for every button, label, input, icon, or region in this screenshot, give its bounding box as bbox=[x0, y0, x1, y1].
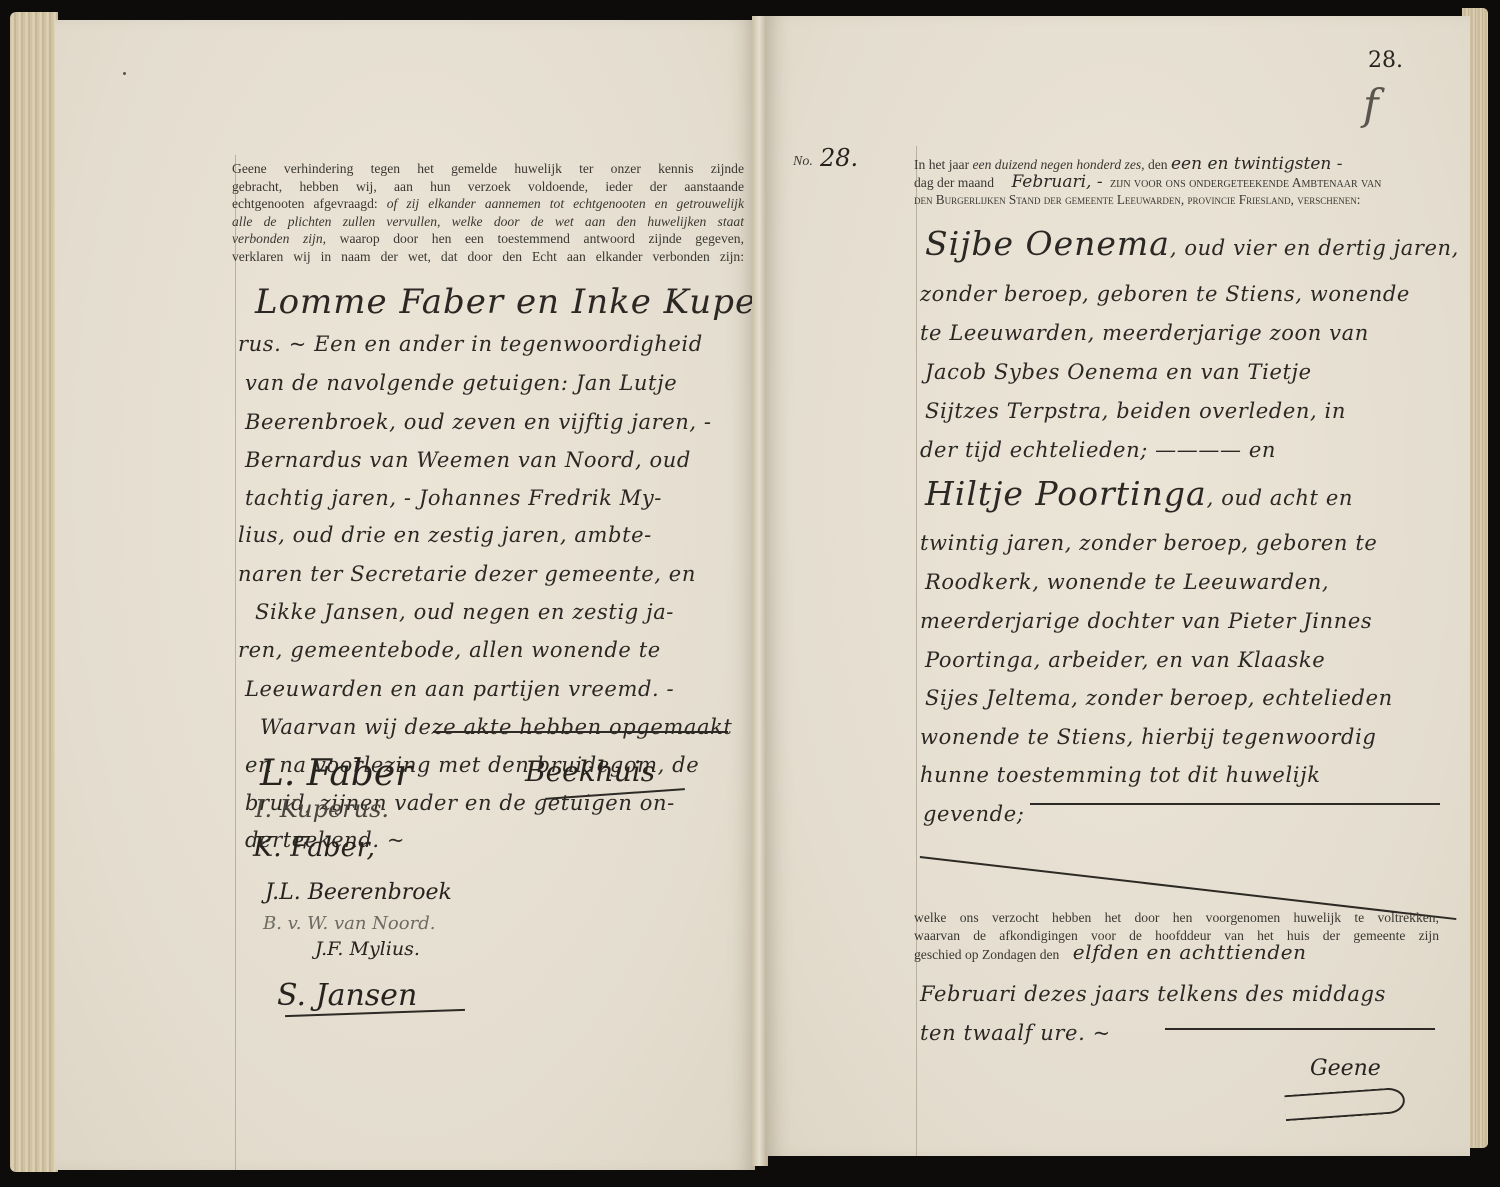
handwritten-line: der tijd echtelieden; ———— en bbox=[920, 438, 1276, 462]
handwritten-line: Sijtzes Terpstra, beiden overleden, in bbox=[925, 399, 1346, 423]
handwritten-line: zonder beroep, geboren te Stiens, wonend… bbox=[920, 282, 1410, 306]
printed-line: geschied op Zondagen den elfden en achtt… bbox=[914, 944, 1439, 964]
catchword: Geene bbox=[1310, 1056, 1381, 1081]
handwritten-line: Hiltje Poortinga, oud acht en bbox=[925, 474, 1353, 513]
handwritten-line: tachtig jaren, - Johannes Fredrik My- bbox=[245, 486, 662, 510]
printed-line: gebracht, hebben wij, aan hun verzoek vo… bbox=[232, 178, 744, 196]
handwritten-line: twintig jaren, zonder beroep, geboren te bbox=[920, 531, 1377, 555]
signature-groom: L. Faber bbox=[260, 753, 412, 794]
printed-line: echtgenooten afgevraagd: of zij elkander… bbox=[232, 195, 744, 213]
handwritten-month: Februari, - bbox=[1011, 172, 1102, 192]
printed-line: verklaren wij in naam der wet, dat door … bbox=[232, 248, 744, 266]
handwritten-line: naren ter Secretarie dezer gemeente, en bbox=[238, 562, 696, 586]
printed-header-text: In het jaar een duizend negen honderd ze… bbox=[914, 156, 1439, 209]
handwritten-line: Beerenbroek, oud zeven en vijftig jaren,… bbox=[245, 410, 712, 434]
handwritten-line: Sijbe Oenema, oud vier en dertig jaren, bbox=[925, 224, 1459, 263]
printed-fragment: In het jaar bbox=[914, 157, 969, 172]
handwritten-line: rus. ~ Een en ander in tegenwoordigheid bbox=[238, 332, 703, 356]
handwritten-line: Lomme Faber en Inke Kupe- bbox=[255, 282, 769, 322]
signature-witness-2: B. v. W. van Noord. bbox=[263, 913, 435, 934]
handwritten-line: ren, gemeentebode, allen wonende te bbox=[238, 638, 661, 662]
signature-official: Beekhuis bbox=[525, 755, 655, 788]
handwritten-line: hunne toestemming tot dit huwelijk bbox=[920, 763, 1321, 787]
handwritten-line: te Leeuwarden, meerderjarige zoon van bbox=[920, 321, 1369, 345]
act-number-label: No. bbox=[793, 154, 813, 170]
printed-line: verbonden zijn, waarop door hen een toes… bbox=[232, 230, 744, 248]
printed-line: welke ons verzocht hebben het door hen v… bbox=[914, 909, 1439, 927]
printed-fragment: den bbox=[1148, 157, 1168, 172]
handwritten-line: wonende te Stiens, hierbij tegenwoordig bbox=[920, 725, 1376, 749]
right-margin-rule bbox=[916, 146, 917, 1156]
handwritten-line: Sijes Jeltema, zonder beroep, echteliede… bbox=[925, 686, 1393, 710]
printed-intro-text: Geene verhindering tegen het gemelde huw… bbox=[232, 160, 744, 265]
signature-witness-1: J.L. Beerenbroek bbox=[265, 880, 452, 905]
handwritten-line: meerderjarige dochter van Pieter Jinnes bbox=[920, 609, 1372, 633]
handwritten-day: een en twintigsten - bbox=[1171, 154, 1343, 174]
handwritten-line: Februari dezes jaars telkens des middags bbox=[920, 982, 1386, 1006]
handwritten-line: Poortinga, arbeider, en van Klaaske bbox=[925, 648, 1325, 672]
left-page: Geene verhindering tegen het gemelde huw… bbox=[55, 20, 755, 1170]
signature-bride: I. Kuperus. bbox=[255, 795, 389, 823]
signature-father: K. Faber, bbox=[253, 832, 375, 863]
handwritten-fragment: , oud acht en bbox=[1207, 486, 1353, 510]
handwritten-line: Roodkerk, wonende te Leeuwarden, bbox=[925, 570, 1329, 594]
printed-fragment: dag der maand bbox=[914, 175, 994, 190]
handwritten-line: Jacob Sybes Oenema en van Tietje bbox=[925, 360, 1312, 384]
handwritten-line: Sikke Jansen, oud negen en zestig ja- bbox=[255, 600, 674, 624]
left-page-stack-edge bbox=[10, 12, 58, 1172]
handwritten-line: ten twaalf ure. ~ bbox=[920, 1021, 1111, 1045]
handwritten-fragment: , oud vier en dertig jaren, bbox=[1170, 236, 1459, 260]
printed-italic-fragment: een duizend negen honderd zes, bbox=[973, 157, 1145, 172]
paper-speck bbox=[123, 72, 126, 75]
handwritten-line: Bernardus van Weemen van Noord, oud bbox=[245, 448, 691, 472]
printed-fragment: echtgenooten afgevraagd: bbox=[232, 196, 378, 211]
filler-line bbox=[1030, 803, 1440, 805]
printed-line: den Burgerlijken Stand der gemeente Leeu… bbox=[914, 191, 1439, 209]
handwritten-line: van de navolgende getuigen: Jan Lutje bbox=[245, 371, 677, 395]
act-number: 28. bbox=[820, 144, 858, 172]
filler-line bbox=[1165, 1028, 1435, 1030]
right-page: 28. f No. 28. In het jaar een duizend ne… bbox=[765, 16, 1470, 1156]
handwritten-line: Leeuwarden en aan partijen vreemd. - bbox=[245, 677, 674, 701]
printed-italic-fragment: of zij elkander aannemen tot echtgenoote… bbox=[387, 196, 744, 211]
printed-italic-fragment: alle de plichten zullen vervullen, welke… bbox=[232, 214, 744, 229]
paraph-flourish bbox=[1284, 1087, 1406, 1121]
printed-line: dag der maand Februari, - zijn voor ons … bbox=[914, 174, 1439, 192]
signature-witness-3: J.F. Mylius. bbox=[315, 938, 420, 960]
handwritten-line: gevende; bbox=[923, 802, 1024, 826]
printed-footer-text: welke ons verzocht hebben het door hen v… bbox=[914, 909, 1439, 964]
printed-fragment: geschied op Zondagen den bbox=[914, 947, 1059, 962]
printed-line: alle de plichten zullen vervullen, welke… bbox=[232, 213, 744, 231]
handwritten-dates: elfden en achttienden bbox=[1073, 940, 1307, 964]
printed-italic-fragment: verbonden zijn, bbox=[232, 231, 326, 246]
bride-name: Hiltje Poortinga bbox=[925, 474, 1207, 513]
open-register-book: Geene verhindering tegen het gemelde huw… bbox=[0, 0, 1500, 1187]
handwritten-line: Waarvan wij deze akte hebben opgemaakt bbox=[260, 715, 732, 739]
filler-line bbox=[433, 731, 728, 733]
folio-number: 28. bbox=[1368, 48, 1403, 73]
printed-line: Geene verhindering tegen het gemelde huw… bbox=[232, 160, 744, 178]
left-margin-rule bbox=[235, 155, 236, 1170]
printed-line: In het jaar een duizend negen honderd ze… bbox=[914, 156, 1439, 174]
signature-witness-4: S. Jansen bbox=[277, 978, 417, 1013]
folio-mark: f bbox=[1363, 80, 1379, 129]
groom-name: Sijbe Oenema bbox=[925, 224, 1170, 263]
printed-fragment: zijn voor ons ondergeteekende Ambtenaar … bbox=[1110, 175, 1381, 190]
printed-fragment: waarop door hen een toestemmend antwoord… bbox=[340, 231, 744, 246]
handwritten-line: lius, oud drie en zestig jaren, ambte- bbox=[238, 523, 652, 547]
